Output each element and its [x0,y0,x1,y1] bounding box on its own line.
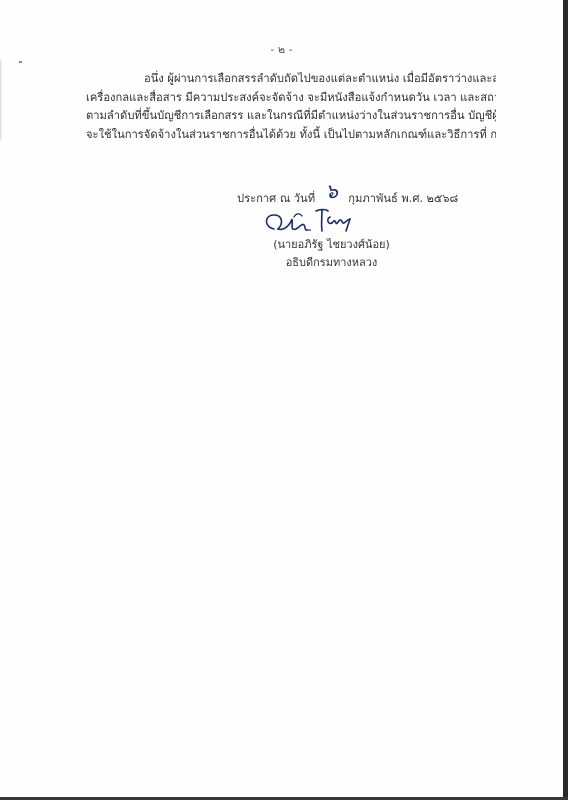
page-number: - ๒ - [0,40,563,58]
scan-border-right [563,0,568,800]
announcement-paragraph: อนึ่ง ผู้ผ่านการเลือกสรรลำดับถัดไปของแต่… [86,70,496,144]
date-suffix: กุมภาพันธ์ พ.ศ. ๒๕๖๘ [348,192,458,205]
paragraph-line: ตามลำดับที่ขึ้นบัญชีการเลือกสรร และในกรณ… [86,107,496,126]
signature-icon [260,205,356,235]
handwritten-day: ๖ [319,175,345,207]
signer-name: (นายอภิรัฐ ไชยวงศ์น้อย) [0,235,563,253]
paragraph-line: อนึ่ง ผู้ผ่านการเลือกสรรลำดับถัดไปของแต่… [86,70,496,89]
paragraph-line: จะใช้ในการจัดจ้างในส่วนราชการอื่นได้ด้วย… [86,126,496,145]
scan-speck [19,61,22,63]
date-prefix: ประกาศ ณ วันที่ [237,192,315,205]
scan-edge-shadow [0,60,2,140]
signer-title: อธิบดีกรมทางหลวง [0,253,563,271]
scanned-page: - ๒ - อนึ่ง ผู้ผ่านการเลือกสรรลำดับถัดไป… [0,0,563,797]
paragraph-line: เครื่องกลและสื่อสาร มีความประสงค์จะจัดจ้… [86,89,496,108]
